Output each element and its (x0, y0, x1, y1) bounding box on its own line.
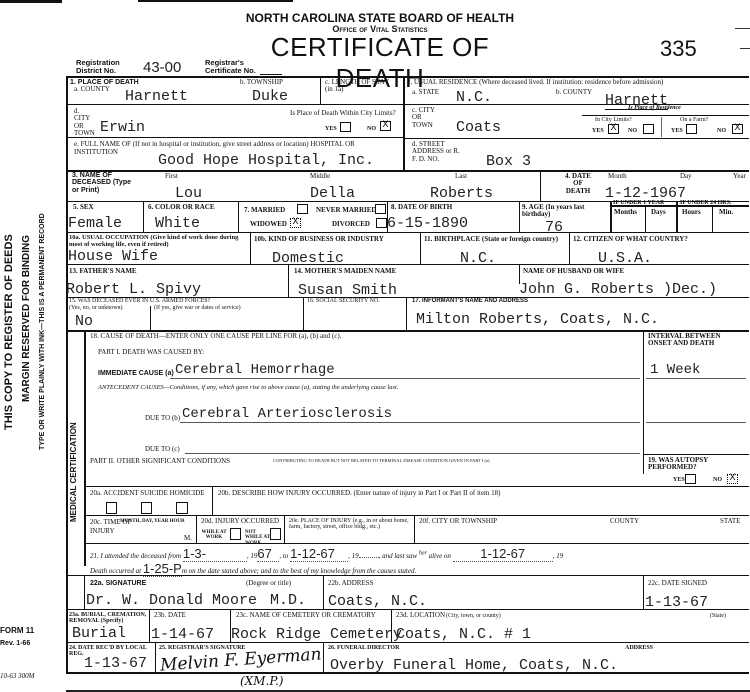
divider (643, 454, 749, 455)
hospital-value: Good Hope Hospital, Inc. (158, 152, 374, 169)
day-label: Day (680, 173, 692, 180)
divider (84, 543, 749, 544)
residence-county-label: b. COUNTY (556, 89, 592, 96)
signature-label: 22a. SIGNATURE (90, 580, 146, 587)
location-label: 23d. LOCATION (396, 612, 445, 619)
agency-name: NORTH CAROLINA STATE BOARD OF HEALTH (230, 11, 530, 25)
divider (403, 76, 405, 170)
attended-text: 21. I attended the deceased from (90, 552, 181, 560)
township-label: b. TOWNSHIP (240, 79, 283, 86)
industry-label: 10b. KIND OF BUSINESS OR INDUSTRY (254, 236, 384, 243)
medical-certification-label: MEDICAL CERTIFICATION (69, 422, 78, 522)
place-of-residence-label: Is Place of Residence (628, 105, 681, 111)
divider (66, 104, 403, 105)
divider (320, 76, 321, 104)
in-city-no-checkbox[interactable] (643, 124, 654, 134)
to-label: , to (279, 552, 288, 560)
autopsy-no-label: NO (713, 477, 722, 483)
no-label: NO (717, 128, 726, 134)
divorced-checkbox[interactable] (376, 218, 387, 228)
suicide-checkbox[interactable] (141, 502, 152, 514)
margin-binding: MARGIN RESERVED FOR BINDING (21, 235, 32, 402)
divider (66, 137, 403, 138)
interval-a-value: 1 Week (650, 362, 700, 378)
print-code: 10-63 300M (0, 672, 34, 680)
nineteen-label: , 19 (348, 552, 359, 560)
street-address-label: d. STREET ADDRESS or R. F. D. NO. (412, 141, 464, 163)
divider (582, 115, 749, 116)
time-sub-label: MONTH, DAY, YEAR HOUR (120, 519, 185, 524)
on-farm-label: On a Farm? (680, 117, 708, 123)
on-farm-yes-checkbox[interactable] (686, 124, 697, 134)
citizenship-label: 12. CITIZEN OF WHAT COUNTRY? (573, 236, 688, 243)
immediate-cause-value: Cerebral Hemorrhage (175, 362, 335, 378)
yes-label: YES (671, 128, 683, 134)
months-label: Months (614, 209, 637, 216)
divider (288, 264, 289, 297)
registrar-note: (XM.P.) (240, 674, 283, 688)
occupation-value: House Wife (68, 248, 158, 265)
year-label: Year (733, 173, 746, 180)
nineteen-label: , 19 (553, 552, 564, 560)
burial-date-label: 23b. DATE (154, 612, 186, 619)
yes-label: YES (592, 128, 604, 134)
underline (185, 453, 640, 454)
last-name-value: Roberts (430, 185, 493, 202)
hours-label: Hours (682, 209, 701, 216)
under-24-hours-label: IF UNDER 24 HRS. (680, 200, 731, 206)
physician-address-label: 22b. ADDRESS (328, 580, 374, 587)
divider (150, 306, 151, 330)
ssn-label: 16. SOCIAL SECURITY NO. (307, 298, 380, 304)
divider (284, 515, 285, 543)
married-checkbox[interactable] (297, 204, 308, 214)
attended-line: 21. I attended the deceased from 1-3-, 1… (90, 546, 563, 562)
date-received-value: 1-13-67 (84, 655, 147, 672)
scan-edge-bar (138, 0, 293, 2)
date-of-birth-value: 6-15-1890 (387, 215, 468, 232)
yes-label: YES (325, 126, 337, 132)
residence-state-label: a. STATE (412, 89, 439, 96)
age-value: 76 (545, 219, 563, 236)
funeral-director-label: 26. FUNERAL DIRECTOR (328, 645, 399, 651)
cemetery-value: Rock Ridge Cemetery (231, 626, 402, 643)
middle-name-label: Middle (310, 173, 330, 180)
antecedent-causes-label: ANTECEDENT CAUSES—Conditions, if any, wh… (98, 385, 398, 392)
form-revision: Rev. 1-66 (0, 640, 30, 647)
days-label: Days (651, 209, 666, 216)
attended-from-value: 1-3- (183, 546, 247, 562)
father-name-label: 13. FATHER'S NAME (69, 268, 137, 275)
pronoun-value: her (419, 551, 427, 557)
widowed-checkbox[interactable]: X (290, 218, 301, 228)
signature-value: Dr. W. Donald Moore (86, 592, 257, 609)
divider (645, 205, 646, 232)
part-2-sub-label: CONTRIBUTING TO DEATH BUT NOT RELATED TO… (273, 459, 489, 464)
deceased-name-label: 3. NAME OF DECEASED (Type or Print) (72, 172, 132, 194)
while-at-work-label: WHILE AT WORK (200, 530, 228, 541)
within-limits-no-checkbox[interactable]: X (380, 121, 391, 131)
m-label: M. (184, 535, 192, 542)
blank-line (359, 557, 379, 558)
armed-forces-sub-label: (Yes, no, or unknown) (69, 305, 123, 311)
death-township-value: Duke (252, 88, 288, 105)
divider (406, 297, 407, 330)
no-label: NO (367, 126, 376, 132)
underline (180, 422, 640, 423)
burial-type-value: Burial (72, 625, 126, 642)
race-value: White (155, 215, 200, 232)
burial-date-value: 1-14-67 (151, 626, 214, 643)
divider (519, 201, 520, 232)
death-city-value: Erwin (100, 119, 145, 136)
length-of-stay-label: c. LENGTH OF STAY (in 1a) (325, 79, 395, 94)
divider (66, 609, 749, 610)
divider (569, 232, 570, 264)
divider (712, 205, 713, 232)
edge-mark (735, 28, 750, 29)
attended-to-value: 1-12-67 (290, 546, 348, 562)
registration-district-label: Registration District No. (76, 59, 138, 75)
divider (66, 232, 749, 233)
degree-value: M.D. (270, 592, 306, 609)
date-signed-label: 22c. DATE SIGNED (648, 580, 707, 587)
minutes-label: Min. (719, 209, 733, 216)
cause-of-death-label: 18. CAUSE OF DEATH—ENTER ONLY ONE CAUSE … (90, 333, 341, 340)
spouse-name-value: John G. Roberts )Dec.) (519, 281, 717, 298)
accident-checkbox[interactable] (106, 502, 117, 514)
death-occurred-label: Death occurred at (90, 567, 141, 575)
middle-name-value: Della (310, 185, 355, 202)
last-saw-label: , and last saw (379, 552, 418, 560)
residence-state-value: N.C. (456, 89, 492, 106)
divider (149, 609, 150, 642)
underline (170, 378, 640, 379)
under-1-year-label: IF UNDER 1 YEAR (613, 200, 664, 206)
last-name-label: Last (455, 173, 467, 180)
date-of-birth-label: 8. DATE OF BIRTH (391, 204, 452, 211)
injury-county-label: COUNTY (610, 518, 639, 525)
funeral-director-value: Overby Funeral Home, Coats, N.C. (330, 657, 618, 674)
first-name-value: Lou (175, 185, 202, 202)
divider (84, 330, 86, 566)
certificate-number: 335 (660, 36, 697, 62)
date-of-death-label: 4. DATE OF DEATH (563, 173, 593, 195)
funeral-address-label: ADDRESS (625, 645, 653, 651)
death-county-value: Harnett (125, 88, 188, 105)
birthplace-label: 11. BIRTHPLACE (State or foreign country… (424, 236, 558, 243)
while-at-work-checkbox[interactable] (230, 528, 241, 540)
interval-label: INTERVAL BETWEEN ONSET AND DEATH (648, 333, 743, 348)
edge-mark (740, 48, 750, 49)
on-farm-no-checkbox[interactable]: X (732, 124, 743, 134)
divider (323, 642, 324, 674)
divider (66, 642, 749, 643)
due-to-b-label: DUE TO (b) (145, 415, 180, 422)
part-2-label: PART II. OTHER SIGNIFICANT CONDITIONS (90, 458, 230, 465)
divider (661, 117, 662, 137)
armed-forces-service-label: (If yes, give war or dates of service) (154, 305, 241, 311)
death-occurred-text: m on the date stated above; and to the b… (182, 567, 416, 575)
divider (403, 138, 749, 139)
location-value: Coats, N.C. # 1 (396, 626, 531, 643)
divider (84, 486, 749, 487)
street-address-value: Box 3 (486, 153, 531, 170)
cemetery-label: 23c. NAME OF CEMETERY OR CREMATORY (236, 612, 376, 619)
divider (643, 330, 644, 474)
within-limits-yes-checkbox[interactable] (340, 122, 351, 132)
location-sub-label: (City, town, or county) (446, 613, 501, 619)
first-name-label: First (165, 173, 178, 180)
residence-label: 2. USUAL RESIDENCE (Where deceased lived… (407, 79, 663, 86)
underline (646, 422, 746, 423)
form-number: FORM 11 (0, 626, 34, 635)
spouse-name-label: NAME OF HUSBAND OR WIFE (523, 268, 624, 275)
divider (212, 486, 213, 515)
registration-district-value: 43-00 (143, 59, 201, 77)
margin-permanent-record: TYPE OR WRITE PLAINLY WITH INK—THIS IS A… (39, 213, 46, 450)
alive-on-value: 1-12-67 (453, 546, 553, 562)
not-while-at-work-checkbox[interactable] (270, 528, 281, 540)
industry-value: Domestic (272, 250, 344, 267)
divider (84, 515, 749, 516)
father-name-value: Robert L. Spivy (66, 281, 201, 298)
autopsy-no-checkbox[interactable]: X (727, 474, 738, 484)
place-of-injury-label: 20e. PLACE OF INJURY (e.g., in or about … (289, 518, 411, 531)
margin-register-of-deeds: THIS COPY TO REGISTER OF DEEDS (3, 234, 15, 430)
nineteen-label: , 19 (247, 552, 258, 560)
divider (238, 201, 239, 232)
divider (303, 297, 304, 330)
within-limits-label: Is Place of Death Within City Limits? (290, 110, 405, 117)
injury-city-label: 20f. CITY OR TOWNSHIP (419, 518, 497, 525)
sex-label: 5. SEX (73, 204, 94, 211)
describe-injury-label: 20b. DESCRIBE HOW INJURY OCCURRED. (Ente… (218, 490, 501, 497)
residence-city-value: Coats (456, 119, 501, 136)
divider (323, 575, 324, 609)
injury-state-label: STATE (720, 518, 740, 525)
registrar-certificate-line (260, 74, 282, 75)
manner-label: 20a. ACCIDENT SUICIDE HOMICIDE (90, 490, 205, 497)
divider (155, 642, 156, 674)
race-label: 6. COLOR OR RACE (148, 204, 215, 211)
divider (250, 232, 251, 264)
age-label: 9. AGE (In years last birthday) (522, 204, 608, 219)
divider (540, 170, 541, 201)
autopsy-yes-checkbox[interactable] (685, 474, 696, 484)
autopsy-yes-label: YES (673, 477, 685, 483)
informant-label: 17. INFORMANT'S NAME AND ADDRESS (412, 298, 528, 304)
armed-forces-label: 15. WAS DECEASED EVER IN U.S. ARMED FORC… (69, 298, 210, 304)
divider (84, 575, 85, 609)
armed-forces-value: No (75, 313, 93, 330)
location-state-label: (State) (710, 613, 726, 619)
never-married-checkbox[interactable] (375, 204, 386, 214)
divider (196, 515, 197, 543)
no-label: NO (628, 128, 637, 134)
divider (143, 201, 144, 232)
sex-value: Female (68, 215, 122, 232)
in-city-yes-checkbox[interactable]: X (608, 124, 619, 134)
citizenship-value: U.S.A. (598, 250, 652, 267)
divider (643, 575, 644, 609)
due-to-b-value: Cerebral Arteriosclerosis (182, 406, 392, 422)
attended-from-year: 67 (257, 546, 279, 562)
due-to-c-label: DUE TO (c) (145, 446, 180, 453)
part-1-label: PART I. DEATH WAS CAUSED BY: (98, 349, 204, 356)
married-label: 7. MARRIED (244, 207, 285, 214)
divider (403, 104, 749, 105)
mother-name-value: Susan Smith (298, 282, 397, 299)
alive-on-label: alive on (429, 552, 451, 560)
widowed-label: WIDOWED (250, 221, 287, 228)
scan-edge-bar (0, 0, 62, 3)
physician-address-value: Coats, N.C. (328, 593, 427, 610)
death-city-label: d. CITY OR TOWN (74, 108, 96, 137)
residence-city-label: c. CITY OR TOWN (412, 107, 437, 129)
birthplace-value: N.C. (460, 250, 496, 267)
informant-value: Milton Roberts, Coats, N.C. (416, 311, 659, 328)
divorced-label: DIVORCED (332, 221, 370, 228)
occupation-label: 10a. USUAL OCCUPATION (Give kind of work… (69, 235, 249, 249)
injury-occurred-label: 20d. INJURY OCCURRED (201, 518, 279, 525)
month-label: Month (608, 173, 627, 180)
autopsy-label: 19. WAS AUTOPSY PERFORMED? (648, 457, 738, 472)
burial-type-label: 23a. BURIAL, CREMATION, REMOVAL (Specify… (69, 612, 149, 625)
divider (414, 515, 415, 543)
divider (420, 232, 421, 264)
underline (646, 378, 746, 379)
mother-name-label: 14. MOTHER'S MAIDEN NAME (294, 268, 396, 275)
immediate-cause-label: IMMEDIATE CAUSE (a) (98, 370, 174, 377)
county-label: a. COUNTY (74, 86, 110, 93)
never-married-label: NEVER MARRIED (316, 207, 376, 214)
registrar-certificate-label: Registrar's Certificate No. (205, 59, 263, 75)
degree-label: (Degree or title) (246, 580, 291, 587)
divider (66, 575, 749, 576)
homicide-checkbox[interactable] (176, 502, 188, 514)
